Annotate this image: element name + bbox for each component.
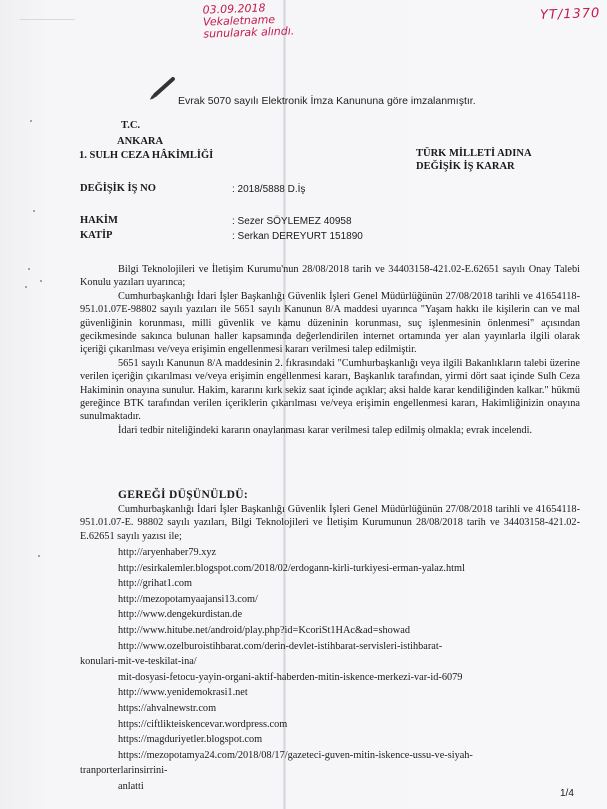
paragraph: 5651 sayılı Kanunun 8/A maddesinin 2. fı… [80, 357, 580, 424]
url-list: http://aryenhaber79.xyz http://esirkalem… [80, 545, 580, 795]
scan-speck [25, 286, 27, 288]
section-heading: GEREĞİ DÜŞÜNÜLDÜ: [118, 489, 248, 501]
header-tc: T.C. [121, 120, 140, 131]
scan-speck [38, 555, 40, 557]
clerk-value: : Serkan DEREYURT 151890 [232, 231, 363, 242]
scan-speck [30, 120, 32, 122]
clerk-label: KATİP [80, 230, 112, 241]
scan-speck [33, 210, 35, 212]
header-court: 1. SULH CEZA HÂKİMLİĞİ [79, 150, 213, 161]
url-item: https://magduriyetler.blogspot.com [80, 732, 580, 748]
page-number: 1/4 [560, 788, 574, 799]
url-item: mit-dosyasi-fetocu-yayin-organi-aktif-ha… [80, 670, 580, 686]
reference-code: YT/1370 [540, 8, 601, 22]
esign-notice: Evrak 5070 sayılı Elektronik İmza Kanunu… [178, 95, 476, 107]
header-title-line1: TÜRK MİLLETİ ADINA [416, 148, 532, 159]
url-item: https://mezopotamya24.com/2018/08/17/gaz… [80, 748, 580, 764]
url-item: http://aryenhaber79.xyz [80, 545, 580, 561]
paragraph: İdari tedbir niteliğindeki kararın onayl… [80, 424, 580, 437]
url-item: http://esirkalemler.blogspot.com/2018/02… [80, 561, 580, 577]
judge-value: : Sezer SÖYLEMEZ 40958 [232, 216, 352, 227]
decision-body: Bilgi Teknolojileri ve İletişim Kurumu'n… [80, 263, 580, 437]
header-city: ANKARA [117, 136, 163, 147]
scan-mark [20, 19, 75, 20]
url-item: http://www.dengekurdistan.de [80, 607, 580, 623]
url-item: http://www.ozelburoistihbarat.com/derin-… [80, 639, 580, 655]
paragraph: Bilgi Teknolojileri ve İletişim Kurumu'n… [80, 263, 580, 290]
url-item: http://www.yenidemokrasi1.net [80, 685, 580, 701]
paragraph: Cumhurbaşkanlığı İdari İşler Başkanlığı … [80, 290, 580, 357]
url-item-continued: konulari-mit-ve-teskilat-ina/ [80, 654, 580, 670]
scan-speck [40, 280, 42, 282]
decision-intro: Cumhurbaşkanlığı İdari İşler Başkanlığı … [80, 503, 580, 543]
url-item: http://www.hitube.net/android/play.php?i… [80, 623, 580, 639]
url-item-continued: tranporterlarinsirrini- [80, 763, 580, 779]
header-title-line2: DEĞİŞİK İŞ KARAR [416, 161, 515, 172]
url-item-continued: anlatti [80, 779, 580, 795]
handwritten-note: 03.09.2018 Vekaletname sunularak alındı. [202, 1, 294, 40]
case-no-value: : 2018/5888 D.İş [232, 184, 305, 195]
url-item: https://ahvalnewstr.com [80, 701, 580, 717]
scan-speck [28, 268, 30, 270]
paragraph: Cumhurbaşkanlığı İdari İşler Başkanlığı … [80, 503, 580, 543]
case-no-label: DEĞİŞİK İŞ NO [80, 183, 156, 194]
url-item: http://mezopotamyaajansi13.com/ [80, 592, 580, 608]
judge-label: HAKİM [80, 215, 118, 226]
url-item: https://ciftlikteiskencevar.wordpress.co… [80, 717, 580, 733]
url-item: http://grihat1.com [80, 576, 580, 592]
